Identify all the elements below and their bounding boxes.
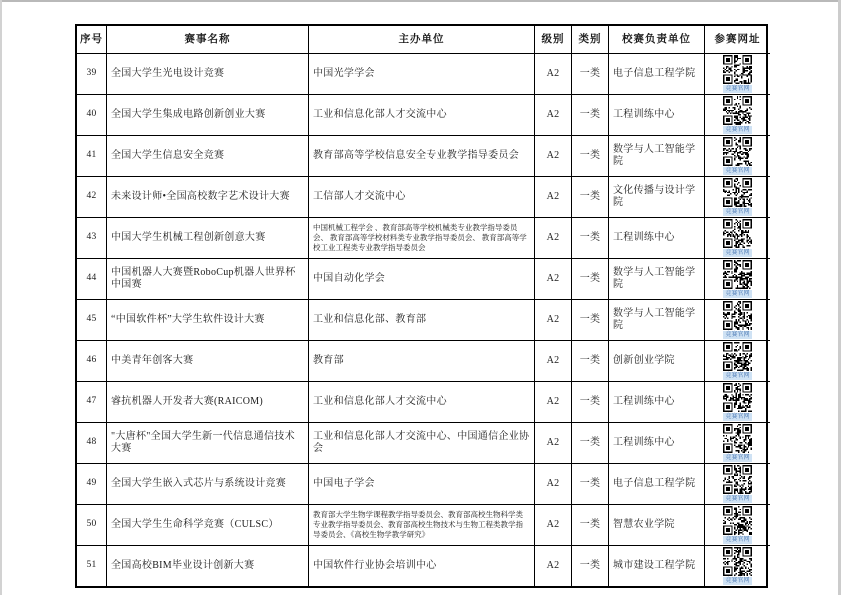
table-row: 48"大唐杯"全国大学生新一代信息通信技术大赛工业和信息化部人才交流中心、中国通…	[77, 423, 766, 464]
qr-caption: 竞赛官网	[723, 290, 751, 298]
cell-organizer: 中国电子学会	[309, 464, 535, 505]
cell-school-unit: 电子信息工程学院	[609, 464, 705, 505]
cell-category: 一类	[572, 95, 609, 136]
cell-category: 一类	[572, 382, 609, 423]
cell-category: 一类	[572, 136, 609, 177]
cell-competition-name: 中国机器人大赛暨RoboCup机器人世界杯中国赛	[107, 259, 309, 300]
cell-category: 一类	[572, 505, 609, 546]
cell-serial-number: 44	[77, 259, 107, 300]
cell-school-unit: 工程训练中心	[609, 95, 705, 136]
cell-competition-name: 睿抗机器人开发者大赛(RAICOM)	[107, 382, 309, 423]
table-row: 50全国大学生生命科学竞赛（CULSC）教育部大学生物学课程教学指导委员会、教育…	[77, 505, 766, 546]
cell-organizer: 工业和信息化部人才交流中心	[309, 382, 535, 423]
cell-level: A2	[535, 300, 572, 341]
cell-organizer: 工信部人才交流中心	[309, 177, 535, 218]
header-category: 类别	[572, 26, 609, 54]
document-page: { "page": { "qr_caption": "竞赛官网", "accen…	[0, 0, 841, 595]
cell-competition-name: 未来设计师•全国高校数字艺术设计大赛	[107, 177, 309, 218]
cell-serial-number: 45	[77, 300, 107, 341]
cell-competition-name: 全国大学生光电设计竞赛	[107, 54, 309, 95]
table-header-row: 序号 赛事名称 主办单位 级别 类别 校赛负责单位 参赛网址	[77, 26, 766, 54]
cell-organizer: 中国软件行业协会培训中心	[309, 546, 535, 586]
cell-school-unit: 数学与人工智能学院	[609, 259, 705, 300]
table-row: 43中国大学生机械工程创新创意大赛中国机械工程学会 、教育部高等学校机械类专业教…	[77, 218, 766, 259]
qr-caption: 竞赛官网	[723, 85, 751, 93]
cell-school-unit: 文化传播与设计学院	[609, 177, 705, 218]
table-row: 46中美青年创客大赛教育部A2一类创新创业学院竞赛官网	[77, 341, 766, 382]
cell-organizer: 中国机械工程学会 、教育部高等学校机械类专业教学指导委员会、 教育部高等学校材料…	[309, 218, 535, 259]
cell-level: A2	[535, 423, 572, 464]
cell-serial-number: 50	[77, 505, 107, 546]
cell-serial-number: 40	[77, 95, 107, 136]
table-row: 45“中国软件杯”大学生软件设计大赛工业和信息化部、教育部A2一类数学与人工智能…	[77, 300, 766, 341]
cell-serial-number: 46	[77, 341, 107, 382]
cell-organizer: 教育部	[309, 341, 535, 382]
cell-category: 一类	[572, 54, 609, 95]
cell-registration-url: 竞赛官网	[705, 177, 770, 218]
cell-competition-name: 全国大学生生命科学竞赛（CULSC）	[107, 505, 309, 546]
cell-category: 一类	[572, 423, 609, 464]
cell-competition-name: 中国大学生机械工程创新创意大赛	[107, 218, 309, 259]
competition-table: 序号 赛事名称 主办单位 级别 类别 校赛负责单位 参赛网址 39全国大学生光电…	[75, 24, 768, 588]
cell-organizer: 中国光学学会	[309, 54, 535, 95]
cell-category: 一类	[572, 300, 609, 341]
cell-category: 一类	[572, 464, 609, 505]
cell-registration-url: 竞赛官网	[705, 95, 770, 136]
cell-organizer: 教育部大学生物学课程教学指导委员会、教育部高校生物科学类专业教学指导委员会、教育…	[309, 505, 535, 546]
cell-level: A2	[535, 54, 572, 95]
cell-level: A2	[535, 136, 572, 177]
cell-serial-number: 47	[77, 382, 107, 423]
qr-code-icon	[723, 55, 752, 84]
cell-category: 一类	[572, 341, 609, 382]
qr-caption: 竞赛官网	[723, 413, 751, 421]
cell-category: 一类	[572, 259, 609, 300]
table-row: 40全国大学生集成电路创新创业大赛工业和信息化部人才交流中心A2一类工程训练中心…	[77, 95, 766, 136]
cell-registration-url: 竞赛官网	[705, 341, 770, 382]
qr-caption: 竞赛官网	[723, 167, 751, 175]
qr-caption: 竞赛官网	[723, 495, 751, 503]
cell-registration-url: 竞赛官网	[705, 464, 770, 505]
cell-category: 一类	[572, 546, 609, 586]
cell-organizer: 中国自动化学会	[309, 259, 535, 300]
cell-competition-name: "大唐杯"全国大学生新一代信息通信技术大赛	[107, 423, 309, 464]
cell-level: A2	[535, 505, 572, 546]
cell-competition-name: 全国大学生信息安全竞赛	[107, 136, 309, 177]
qr-caption: 竞赛官网	[723, 454, 751, 462]
qr-code-icon	[723, 96, 752, 125]
cell-registration-url: 竞赛官网	[705, 546, 770, 586]
cell-school-unit: 创新创业学院	[609, 341, 705, 382]
cell-school-unit: 电子信息工程学院	[609, 54, 705, 95]
cell-level: A2	[535, 464, 572, 505]
page-top-edge	[0, 0, 841, 2]
header-organizer: 主办单位	[309, 26, 535, 54]
cell-organizer: 工业和信息化部人才交流中心	[309, 95, 535, 136]
cell-level: A2	[535, 382, 572, 423]
qr-caption: 竞赛官网	[723, 331, 751, 339]
cell-level: A2	[535, 177, 572, 218]
cell-registration-url: 竞赛官网	[705, 300, 770, 341]
cell-serial-number: 51	[77, 546, 107, 586]
header-level: 级别	[535, 26, 572, 54]
header-serial-number: 序号	[77, 26, 107, 54]
cell-registration-url: 竞赛官网	[705, 136, 770, 177]
table-row: 49全国大学生嵌入式芯片与系统设计竞赛中国电子学会A2一类电子信息工程学院竞赛官…	[77, 464, 766, 505]
cell-school-unit: 工程训练中心	[609, 423, 705, 464]
table-row: 44中国机器人大赛暨RoboCup机器人世界杯中国赛中国自动化学会A2一类数学与…	[77, 259, 766, 300]
table-row: 51全国高校BIM毕业设计创新大赛中国软件行业协会培训中心A2一类城市建设工程学…	[77, 546, 766, 586]
header-school-unit: 校赛负责单位	[609, 26, 705, 54]
qr-code-icon	[723, 342, 752, 371]
table-row: 42未来设计师•全国高校数字艺术设计大赛工信部人才交流中心A2一类文化传播与设计…	[77, 177, 766, 218]
cell-category: 一类	[572, 177, 609, 218]
cell-school-unit: 城市建设工程学院	[609, 546, 705, 586]
cell-level: A2	[535, 341, 572, 382]
cell-registration-url: 竞赛官网	[705, 218, 770, 259]
header-registration-url: 参赛网址	[705, 26, 770, 54]
header-competition-name: 赛事名称	[107, 26, 309, 54]
cell-serial-number: 43	[77, 218, 107, 259]
cell-school-unit: 工程训练中心	[609, 382, 705, 423]
cell-serial-number: 41	[77, 136, 107, 177]
qr-code-icon	[723, 424, 752, 453]
cell-school-unit: 数学与人工智能学院	[609, 136, 705, 177]
qr-caption: 竞赛官网	[723, 208, 751, 216]
qr-code-icon	[723, 301, 752, 330]
qr-code-icon	[723, 465, 752, 494]
cell-organizer: 工业和信息化部人才交流中心、中国通信企业协会	[309, 423, 535, 464]
cell-school-unit: 数学与人工智能学院	[609, 300, 705, 341]
cell-registration-url: 竞赛官网	[705, 505, 770, 546]
cell-organizer: 工业和信息化部、教育部	[309, 300, 535, 341]
qr-code-icon	[723, 506, 752, 535]
cell-competition-name: 全国大学生集成电路创新创业大赛	[107, 95, 309, 136]
cell-serial-number: 48	[77, 423, 107, 464]
cell-school-unit: 工程训练中心	[609, 218, 705, 259]
cell-registration-url: 竞赛官网	[705, 54, 770, 95]
qr-caption: 竞赛官网	[723, 126, 751, 134]
qr-code-icon	[723, 547, 752, 576]
qr-caption: 竞赛官网	[723, 577, 751, 585]
qr-code-icon	[723, 137, 752, 166]
page-left-edge	[0, 0, 2, 595]
qr-code-icon	[723, 260, 752, 289]
table-row: 41全国大学生信息安全竞赛教育部高等学校信息安全专业教学指导委员会A2一类数学与…	[77, 136, 766, 177]
table-body: 39全国大学生光电设计竞赛中国光学学会A2一类电子信息工程学院竞赛官网40全国大…	[77, 54, 766, 586]
cell-competition-name: 全国高校BIM毕业设计创新大赛	[107, 546, 309, 586]
cell-competition-name: 中美青年创客大赛	[107, 341, 309, 382]
cell-level: A2	[535, 95, 572, 136]
qr-code-icon	[723, 383, 752, 412]
qr-caption: 竞赛官网	[723, 372, 751, 380]
cell-registration-url: 竞赛官网	[705, 423, 770, 464]
cell-serial-number: 39	[77, 54, 107, 95]
qr-code-icon	[723, 219, 752, 248]
cell-school-unit: 智慧农业学院	[609, 505, 705, 546]
cell-level: A2	[535, 259, 572, 300]
cell-serial-number: 49	[77, 464, 107, 505]
cell-category: 一类	[572, 218, 609, 259]
cell-competition-name: 全国大学生嵌入式芯片与系统设计竞赛	[107, 464, 309, 505]
cell-competition-name: “中国软件杯”大学生软件设计大赛	[107, 300, 309, 341]
table-row: 47睿抗机器人开发者大赛(RAICOM)工业和信息化部人才交流中心A2一类工程训…	[77, 382, 766, 423]
cell-registration-url: 竞赛官网	[705, 382, 770, 423]
cell-level: A2	[535, 546, 572, 586]
table-row: 39全国大学生光电设计竞赛中国光学学会A2一类电子信息工程学院竞赛官网	[77, 54, 766, 95]
qr-caption: 竞赛官网	[723, 536, 751, 544]
cell-serial-number: 42	[77, 177, 107, 218]
qr-code-icon	[723, 178, 752, 207]
cell-level: A2	[535, 218, 572, 259]
cell-organizer: 教育部高等学校信息安全专业教学指导委员会	[309, 136, 535, 177]
cell-registration-url: 竞赛官网	[705, 259, 770, 300]
qr-caption: 竞赛官网	[723, 249, 751, 257]
